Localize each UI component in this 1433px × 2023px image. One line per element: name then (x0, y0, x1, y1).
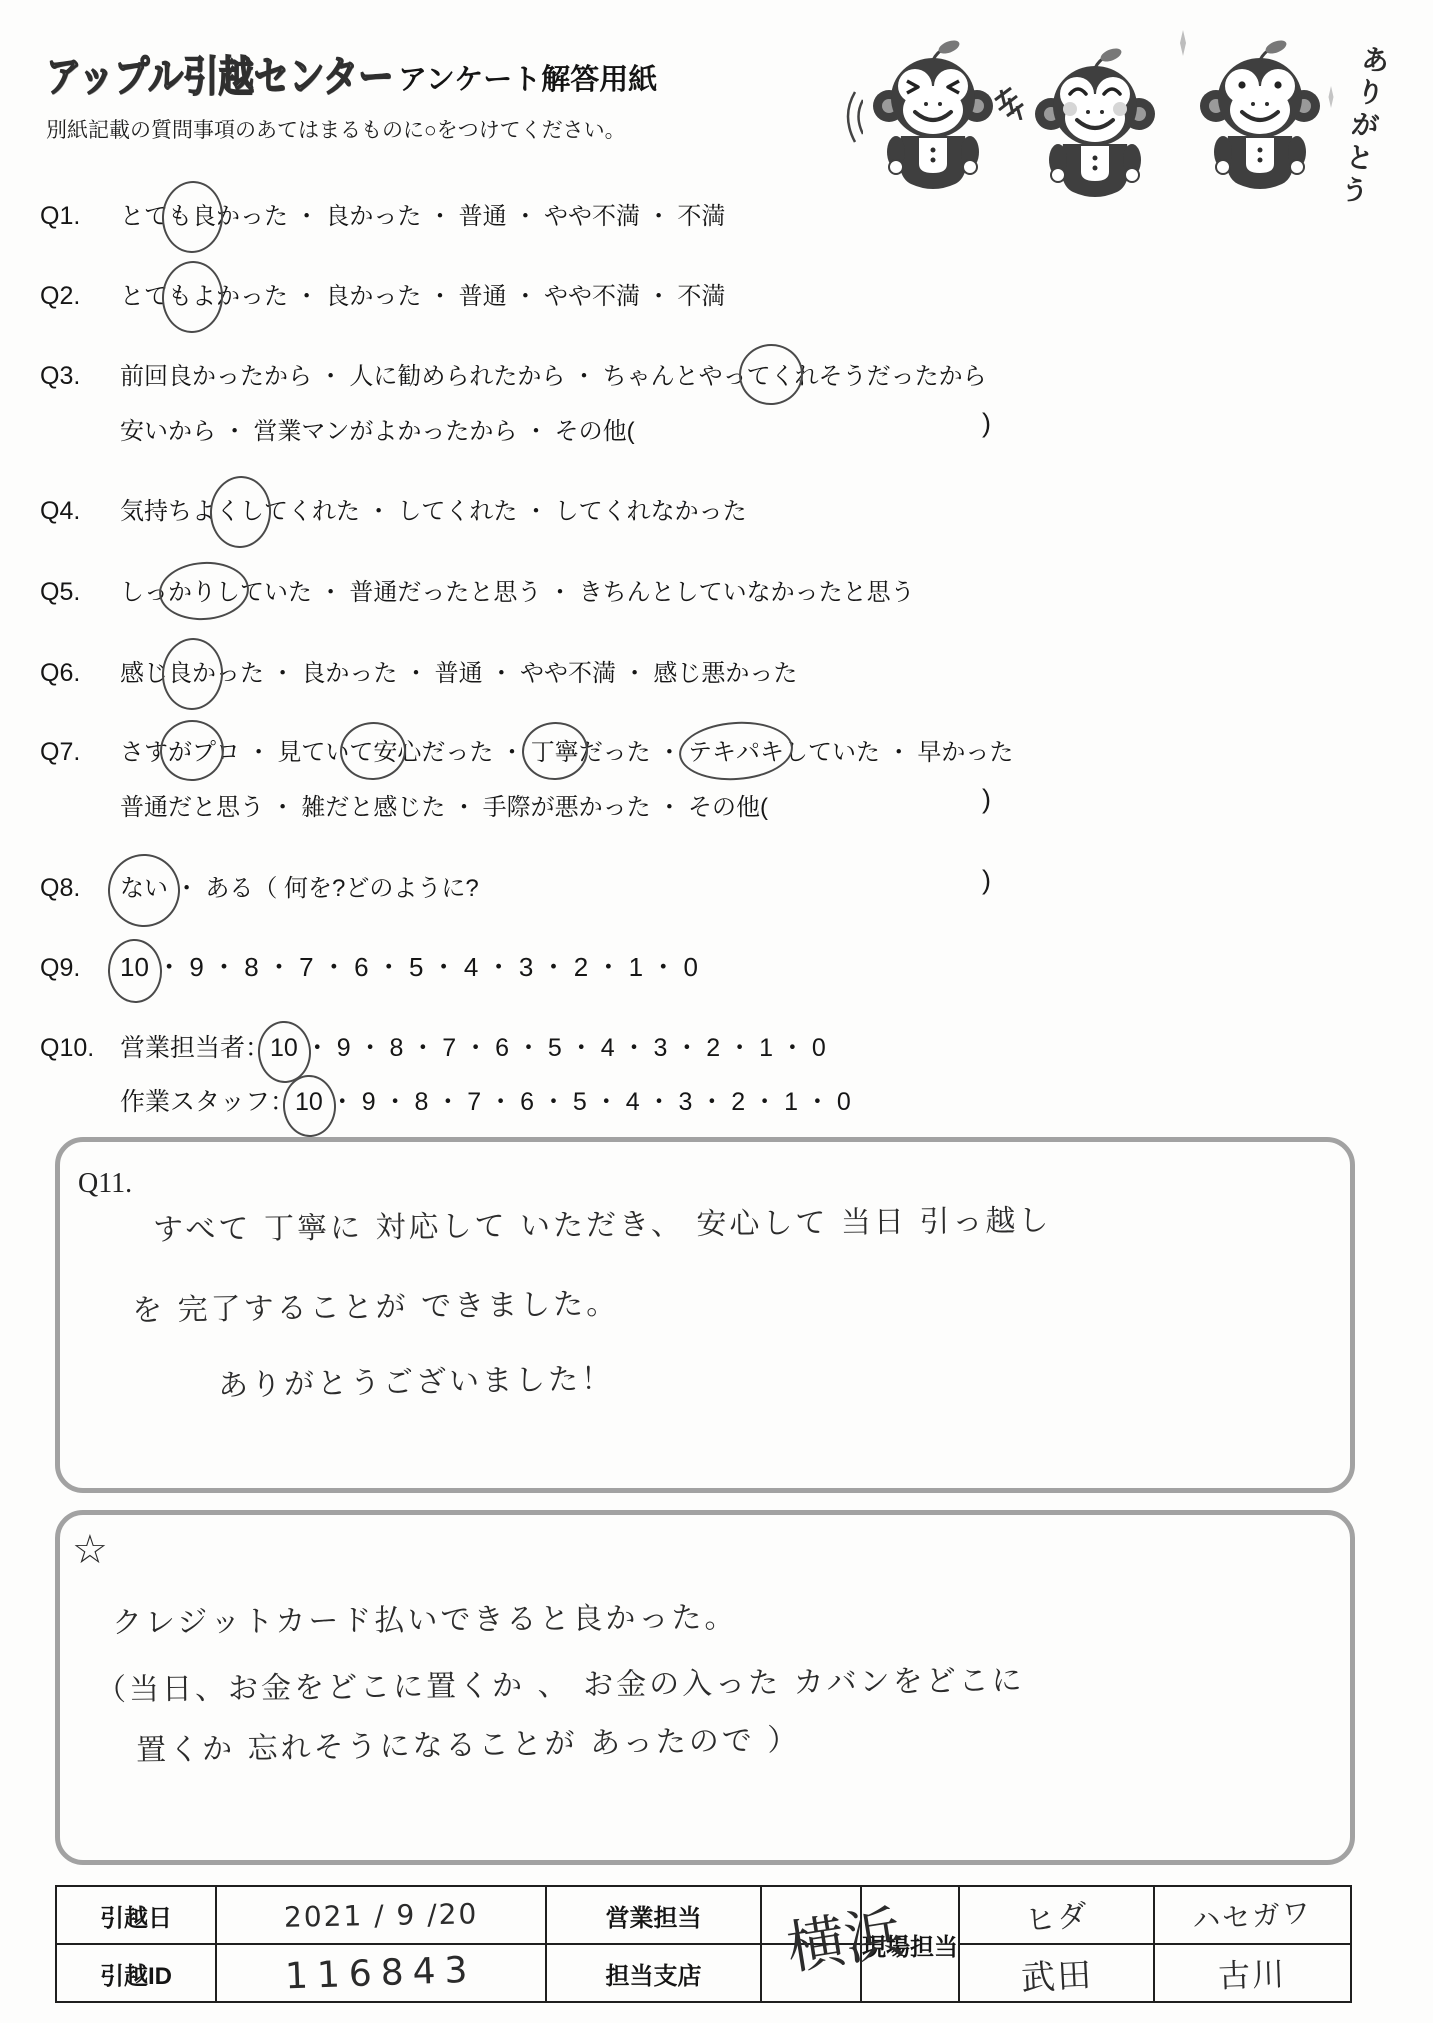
q10-number: Q10. (40, 1034, 120, 1063)
question-q1: Q1.とても良かった ・ 良かった ・ 普通 ・ やや不満 ・ 不満 (40, 196, 725, 231)
q5-circled-answer: かりし (168, 572, 240, 607)
q7-circled-answer: 丁寧 (531, 732, 579, 767)
survey-answer-sheet: アップル引越センター アンケート解答用紙 別紙記載の質問事項のあてはまるものに○… (0, 0, 1433, 2023)
question-q9: Q9.10 ・ 9 ・ 8 ・ 7 ・ 6 ・ 5 ・ 4 ・ 3 ・ 2 ・ … (40, 947, 698, 984)
q10-staff-circled-score: 10 (295, 1088, 323, 1117)
q7-option-text: さす (120, 739, 168, 766)
q10-scale-text: ・ 9 ・ 8 ・ 7 ・ 6 ・ 5 ・ 4 ・ 3 ・ 2 ・ 1 ・ 0 (323, 1088, 851, 1116)
q11-handwritten-line: を 完了することが できました。 (132, 1279, 620, 1330)
star-icon: ☆ (72, 1527, 108, 1573)
sales-rep-label: 営業担当 (546, 1886, 761, 1944)
q3-number: Q3. (40, 362, 120, 391)
q8-circled-answer: ない (120, 868, 168, 903)
sheet-title: アンケート解答用紙 (398, 57, 657, 98)
move-date-label: 引越日 (56, 1886, 216, 1944)
q11-comment-box: Q11. すべて 丁寧に 対応して いただき、 安心して 当日 引っ越し を 完… (55, 1137, 1355, 1493)
q10-staff-label: 作業スタッフ： (120, 1088, 295, 1116)
branch-signature-handwriting: 横浜 (780, 1884, 908, 1985)
site-staff-handwriting: 古川 (1218, 1949, 1288, 1997)
q9-scale-text: ・ 9 ・ 8 ・ 7 ・ 6 ・ 5 ・ 4 ・ 3 ・ 2 ・ 1 ・ 0 (149, 952, 698, 982)
site-staff-name: ハセガワ (1154, 1886, 1351, 1944)
q7-circled-answer: て安 (349, 732, 397, 767)
sparkle-diamond-icon (1323, 86, 1339, 108)
question-q3-line2: 安いから ・ 営業マンがよかったから ・ その他( (120, 411, 635, 446)
question-q6: Q6.感じ良かった ・ 良かった ・ 普通 ・ やや不満 ・ 感じ悪かった (40, 653, 797, 688)
q3-option-text: 前回良かったから ・ 人に勧められたから ・ ちゃんとやっ (120, 363, 747, 390)
question-q7-line2: 普通だと思う ・ 雑だと感じた ・ 手際が悪かった ・ その他( (120, 787, 768, 822)
q11-label: Q11. (78, 1168, 132, 1200)
extra-handwritten-line: （当日、お金をどこに置くか 、 お金の入った カバンをどこに (96, 1655, 1025, 1709)
q6-option-text: った ・ 良かった ・ 普通 ・ やや不満 ・ 感じ悪かった (216, 660, 797, 687)
q7-close-paren: ) (982, 784, 991, 815)
site-staff-handwriting: 武田 (1019, 1947, 1093, 2000)
q11-handwritten-line: すべて 丁寧に 対応して いただき、 安心して 当日 引っ越し (153, 1195, 1052, 1248)
question-q7: Q7.さすがプロ ・ 見ていて安心だった ・ 丁寧だった ・ テキパキしていた … (40, 732, 1013, 767)
q7-option-text: だった ・ (579, 739, 688, 766)
q9-number: Q9. (40, 954, 120, 983)
footer-table: 引越日 2021 / 9 /20 営業担当 現場担当 ヒダ ハセガワ 引越ID … (55, 1885, 1352, 2003)
q5-option-text: しっ (120, 579, 168, 606)
q3-option-text: 安いから ・ 営業マンがよかったから ・ その他( (120, 418, 635, 445)
q6-circled-answer: 良か (168, 653, 216, 688)
move-id-label: 引越ID (56, 1944, 216, 2002)
site-staff-name: ヒダ (959, 1886, 1154, 1944)
q1-circled-answer: も良 (168, 196, 216, 231)
q5-number: Q5. (40, 578, 120, 607)
q1-option-text: とて (120, 203, 168, 230)
q7-option-text: 心だった ・ (397, 739, 530, 766)
monkey-mascot-icon (1190, 40, 1330, 210)
q8-option-text: ・ ある（ 何を?どのように? (168, 875, 479, 902)
q4-option-text: てくれた ・ してくれた ・ してくれなかった (264, 498, 747, 525)
q3-close-paren: ) (982, 408, 991, 439)
q9-circled-score: 10 (120, 952, 149, 983)
question-q10-line2: 作業スタッフ：10 ・ 9 ・ 8 ・ 7 ・ 6 ・ 5 ・ 4 ・ 3 ・ … (120, 1082, 851, 1118)
extra-comment-box: ☆ クレジットカード払いできると良かった。 （当日、お金をどこに置くか 、 お金… (55, 1510, 1355, 1865)
q10-sales-circled-score: 10 (270, 1034, 298, 1063)
q2-number: Q2. (40, 282, 120, 311)
branch-label: 担当支店 (546, 1944, 761, 2002)
mascot-group: ありがとう (835, 28, 1431, 208)
q2-option-text: とて (120, 283, 168, 310)
instruction-text: 別紙記載の質問事項のあてはまるものに○をつけてください。 (46, 114, 626, 144)
monkey-mascot-icon (863, 40, 1003, 210)
q7-circled-answer: がプ (168, 732, 216, 767)
site-staff-name: 武田 (959, 1944, 1154, 2002)
q5-option-text: ていた ・ 普通だったと思う ・ きちんとしていなかったと思う (240, 579, 915, 606)
site-staff-name: 古川 (1154, 1944, 1351, 2002)
q4-number: Q4. (40, 497, 120, 526)
table-row: 引越ID 116843 担当支店 武田 古川 (56, 1944, 1351, 2002)
q3-option-text: れそうだったから (795, 363, 987, 390)
q3-circled-answer: てく (747, 356, 795, 391)
move-id-handwriting: 116843 (285, 1949, 478, 1997)
motion-lines-icon (837, 88, 863, 148)
move-id-value: 116843 (216, 1944, 546, 2002)
question-q10: Q10.営業担当者：10 ・ 9 ・ 8 ・ 7 ・ 6 ・ 5 ・ 4 ・ 3… (40, 1028, 826, 1064)
question-q8: Q8.ない ・ ある（ 何を?どのように? (40, 868, 479, 903)
brand-title: アップル引越センター (46, 44, 394, 104)
q7-circled-answer: テキパキ (688, 732, 784, 767)
question-q4: Q4.気持ちよくしてくれた ・ してくれた ・ してくれなかった (40, 491, 747, 526)
table-row: 引越日 2021 / 9 /20 営業担当 現場担当 ヒダ ハセガワ (56, 1886, 1351, 1944)
move-date-handwriting: 2021 / 9 /20 (284, 1897, 479, 1933)
monkey-mascot-icon (1025, 48, 1165, 218)
extra-handwritten-line: 置くか 忘れそうになることが あったので ） (136, 1715, 801, 1769)
question-q5: Q5.しっかりしていた ・ 普通だったと思う ・ きちんとしていなかったと思う (40, 572, 915, 607)
q8-number: Q8. (40, 874, 120, 903)
q1-option-text: かった ・ 良かった ・ 普通 ・ やや不満 ・ 不満 (216, 203, 725, 230)
q6-option-text: 感じ (120, 660, 168, 687)
q2-circled-answer: もよ (168, 276, 216, 311)
extra-handwritten-line: クレジットカード払いできると良かった。 (112, 1592, 738, 1641)
q6-number: Q6. (40, 659, 120, 688)
q7-option-text: 普通だと思う ・ 雑だと感じた ・ 手際が悪かった ・ その他( (120, 794, 768, 821)
q7-option-text: ロ ・ 見てい (216, 739, 349, 766)
q2-option-text: かった ・ 良かった ・ 普通 ・ やや不満 ・ 不満 (216, 283, 725, 310)
q1-number: Q1. (40, 202, 120, 231)
sparkle-icon (987, 50, 1029, 120)
q10-sales-label: 営業担当者： (120, 1034, 270, 1062)
question-q2: Q2.とてもよかった ・ 良かった ・ 普通 ・ やや不満 ・ 不満 (40, 276, 725, 311)
site-staff-handwriting: ハセガワ (1191, 1891, 1314, 1939)
q4-circled-answer: くし (216, 491, 264, 526)
q10-scale-text: ・ 9 ・ 8 ・ 7 ・ 6 ・ 5 ・ 4 ・ 3 ・ 2 ・ 1 ・ 0 (298, 1034, 826, 1062)
q4-option-text: 気持ちよ (120, 498, 216, 525)
thanks-vertical-text: ありがとう (1330, 42, 1395, 211)
move-date-value: 2021 / 9 /20 (216, 1886, 546, 1944)
q11-handwritten-line: ありがとうございました！ (218, 1354, 615, 1405)
site-staff-handwriting: ヒダ (1022, 1890, 1090, 1940)
q7-option-text: していた ・ 早かった (784, 739, 1013, 766)
q7-number: Q7. (40, 738, 120, 767)
q8-close-paren: ) (982, 865, 991, 896)
question-q3: Q3.前回良かったから ・ 人に勧められたから ・ ちゃんとやってくれそうだった… (40, 356, 987, 391)
